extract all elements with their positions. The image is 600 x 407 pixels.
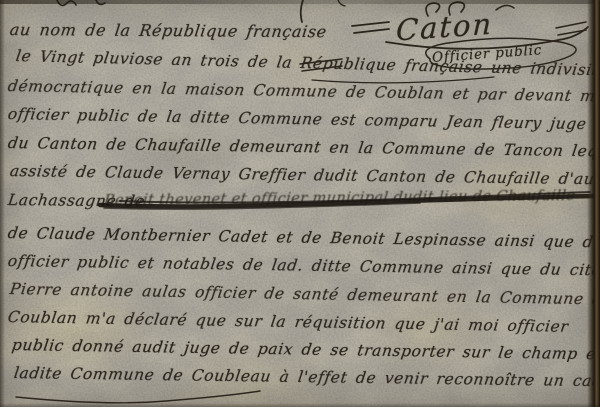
manuscript-line-3: démocratique en la maison Commune de Cou… (7, 77, 600, 105)
page-edge-left (0, 0, 5, 407)
manuscript-line-11: Coublan m'a déclaré que sur la réquisiti… (7, 308, 570, 336)
manuscript-line-9: officier public et notables de lad. ditt… (7, 252, 600, 280)
manuscript-line-12: public donné audit juge de paix de se tr… (11, 336, 600, 363)
signature-name: Caton (396, 7, 494, 48)
struck-out-text: Benoit thevenet et officier municipal du… (103, 188, 576, 209)
manuscript-scan: au nom de la République française le Vin… (0, 0, 600, 407)
page-edge-top (0, 0, 600, 4)
manuscript-line-13: ladite Commune de Coubleau à l'effet de … (13, 364, 600, 391)
page-edge-right (587, 0, 600, 407)
manuscript-line-6: assisté de Claude Vernay Greffier dudit … (9, 162, 600, 188)
manuscript-line-5: du Canton de Chaufaille demeurant en la … (7, 134, 600, 161)
manuscript-line-1: au nom de la République française (9, 20, 328, 41)
page-edge-bottom (0, 403, 600, 407)
underline-flourish (16, 391, 260, 403)
manuscript-line-8: de Claude Montbernier Cadet et de Benoit… (7, 224, 600, 252)
manuscript-line-10: Pierre antoine aulas officier de santé d… (9, 280, 600, 308)
manuscript-line-4: officier public de la ditte Commune est … (7, 105, 600, 134)
